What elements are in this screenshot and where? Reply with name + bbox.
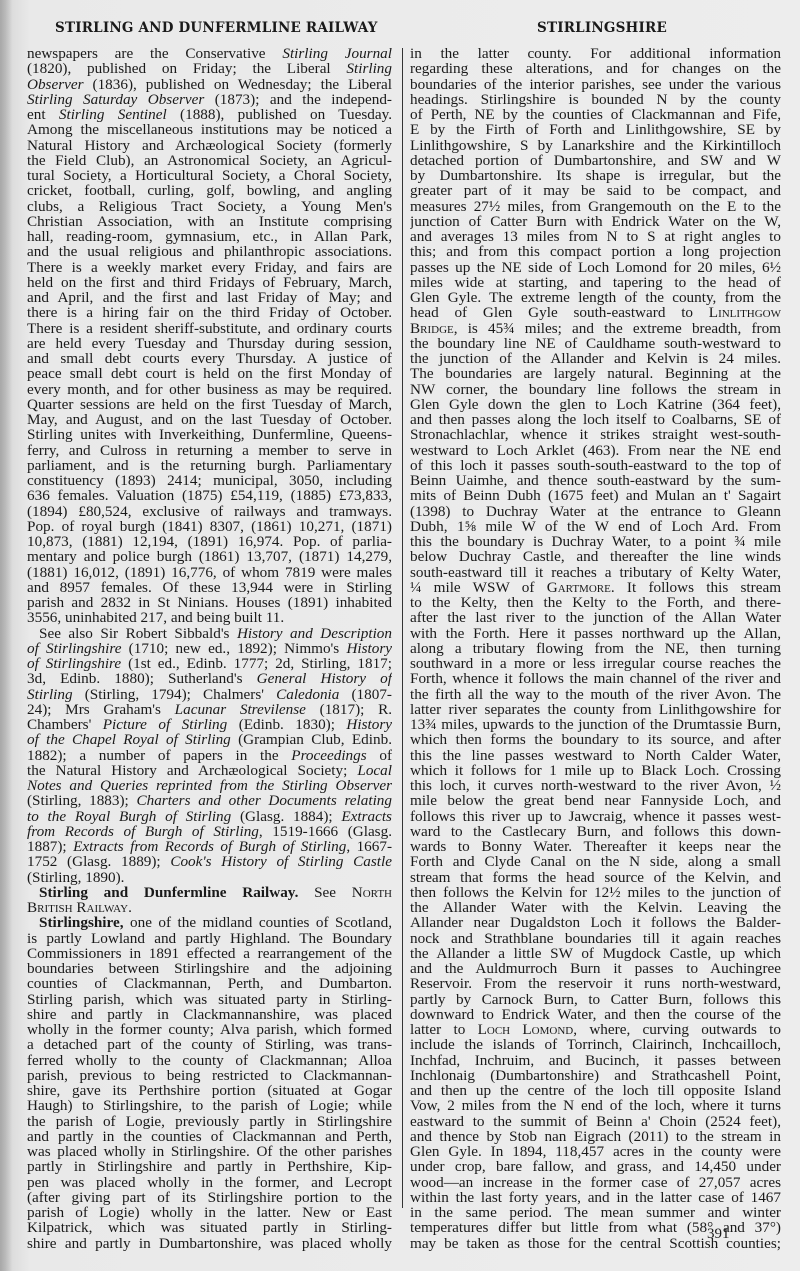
text-line: Vow, 2 miles from the N end of the loch,… [410,1098,781,1113]
text-line: then follows the Kelvin for 12½ miles to… [410,885,781,900]
text-line: 1882); a number of papers in the Proceed… [27,748,392,763]
text-line: this; and from this compact portion a lo… [410,244,781,259]
text-line: every month, and for other business as m… [27,382,392,397]
text-line: along a tributary flowing from the NE, t… [410,641,781,656]
text-line: Haugh) to Stirlingshire, to the parish o… [27,1098,392,1113]
text-line: May, and August, and on the last Tuesday… [27,412,392,427]
text-line: nock and Strathblane boundaries till it … [410,931,781,946]
text-line: British Railway. [27,900,392,915]
right-column-text: in the latter county. For additional inf… [410,46,781,1251]
text-line: which it follows for 1 mile up to Black … [410,763,781,778]
text-line: a detached part of the county of Stirlin… [27,1037,392,1052]
text-line: the Allander Water with the Kelvin. Leav… [410,900,781,915]
text-line: ¼ mile WSW of Gartmore. It follows this … [410,580,781,595]
text-line: 3d, Edinb. 1880); Sutherland's General H… [27,671,392,686]
text-line: tural Society, a Horticultural Society, … [27,168,392,183]
text-line: is partly Lowland and partly Highland. T… [27,931,392,946]
text-line: and April, and the first and last Friday… [27,290,392,305]
text-line: the boundary line NE of Cauldhame south-… [410,336,781,351]
text-line: Stirling unites with Inverkeithing, Dunf… [27,427,392,442]
text-line: regarding these alterations, and for cha… [410,61,781,76]
text-line: and 8957 females. Of these 13,944 were i… [27,580,392,595]
text-line: clubs, a Religious Tract Society, a Youn… [27,199,392,214]
text-line: headings. Stirlingshire is bounded N by … [410,92,781,107]
text-line: are held every Tuesday and Thursday duri… [27,336,392,351]
text-line: which then forms the boundary to its sou… [410,732,781,747]
text-line: 636 females. Valuation (1875) £54,119, (… [27,488,392,503]
text-line: Among the miscellaneous institutions may… [27,122,392,137]
text-line: miles wide at starting, and tapering to … [410,275,781,290]
text-line: Stronachlachlar, whence it strikes strai… [410,427,781,442]
text-line: cricket, football, curling, golf, bowlin… [27,183,392,198]
text-line: Stirling parish, which was situated part… [27,992,392,1007]
text-line: Inchlonaig (Dumbartonshire) and Strathca… [410,1068,781,1083]
text-line: parliament, and is the returning burgh. … [27,458,392,473]
text-line: of Perth, NE by the counties of Clackman… [410,107,781,122]
page-gutter-shadow [0,0,12,1271]
text-line: shire and partly in Clackmannanshire, wa… [27,1007,392,1022]
text-line: wood—an increase in the former case of 2… [410,1175,781,1190]
text-line: junction of Catter Burn with Endrick Wat… [410,214,781,229]
text-line: and small debt courts every Thursday. A … [27,351,392,366]
text-line: Inchfad, Inchruim, and Bucinch, it passe… [410,1053,781,1068]
text-line: follows this river up to Jawcraig, whenc… [410,809,781,824]
text-line: below Duchray Castle, and thereafter the… [410,549,781,564]
text-line: 3556, uninhabited 217, and being built 1… [27,610,392,625]
text-line: eastward to the summit of Beinn a' Choin… [410,1114,781,1129]
text-line: from Records of Burgh of Stirling, 1519-… [27,824,392,839]
text-line: and then passes along the loch itself to… [410,412,781,427]
text-line: measures 27½ miles, from Grangemouth on … [410,199,781,214]
text-line: parish and 2832 in St Ninians. Houses (1… [27,595,392,610]
text-line: include the islands of Torrinch, Clairin… [410,1037,781,1052]
text-line: 1752 (Glasg. 1889); Cook's History of St… [27,854,392,869]
text-line: Glen Gyle down the glen to Loch Katrine … [410,397,781,412]
left-column-text: newspapers are the Conservative Stirling… [27,46,392,1251]
text-line: Stirling and Dunfermline Railway. See No… [27,885,392,900]
text-line: Stirlingshire, one of the midland counti… [27,915,392,930]
column-divider [402,48,403,1208]
text-line: (Stirling, 1890). [27,870,392,885]
text-line: Beinn Uaimhe, and thence south-eastward … [410,473,781,488]
text-line: latter to Loch Lomond, where, curving ou… [410,1022,781,1037]
text-line: with the Forth. Here it passes northward… [410,626,781,641]
text-line: Forth, whence it follows the main channe… [410,671,781,686]
text-line: there is a hiring fair on the third Frid… [27,305,392,320]
text-line: latter river separates the county from L… [410,702,781,717]
text-line: (1894) £80,524, exclusive of railways an… [27,504,392,519]
text-line: this the boundary is Duchray Water, to a… [410,534,781,549]
text-line: There is a weekly market every Friday, a… [27,260,392,275]
text-line: mentary and police burgh (1861) 13,707, … [27,549,392,564]
text-line: in the latter county. For additional inf… [410,46,781,61]
text-line: Notes and Queries reprinted from the Sti… [27,778,392,793]
text-line: 13¾ miles, upwards to the junction of th… [410,717,781,732]
text-line: partly by Carnock Burn, to Catter Burn, … [410,992,781,1007]
text-line: of Stirlingshire (1710; new ed., 1892); … [27,641,392,656]
text-line: constituency (1893) 2414; municipal, 305… [27,473,392,488]
text-line: southward in a more or less irregular co… [410,656,781,671]
text-line: See also Sir Robert Sibbald's History an… [27,626,392,641]
text-line: Kilpatrick, which was situated partly in… [27,1220,392,1235]
text-line: by Dumbartonshire. Its shape is irregula… [410,168,781,183]
text-line: Glen Gyle. The extreme length of the cou… [410,290,781,305]
text-line: Christian Association, with an Institute… [27,214,392,229]
text-line: to the Kelty, then the Kelty to the Fort… [410,595,781,610]
text-line: parish, previous to being restricted to … [27,1068,392,1083]
text-line: NW corner, the boundary line follows the… [410,382,781,397]
text-line: Linlithgowshire, S by Lanarkshire and th… [410,138,781,153]
text-line: ferred wholly to the county of Clackmann… [27,1053,392,1068]
text-line: the junction of the Allander and Kelvin … [410,351,781,366]
text-line: was placed wholly in Stirlingshire. Of t… [27,1144,392,1159]
text-line: and thence by Stob nan Eigrach (2011) to… [410,1129,781,1144]
text-line: There is a resident sheriff-substitute, … [27,321,392,336]
text-line: (1881) 16,012, (1891) 16,776, of whom 78… [27,565,392,580]
text-line: the parish of Logie, previously partly i… [27,1114,392,1129]
text-line: the firth all the way to the mouth of th… [410,687,781,702]
text-line: the Natural History and Archæological So… [27,763,392,778]
text-line: boundaries between Stirlingshire and the… [27,961,392,976]
text-line: held on the first and third Fridays of F… [27,275,392,290]
text-line: counties of Clackmannan, Perth, and Dumb… [27,976,392,991]
text-line: 24); Mrs Graham's Lacunar Strevilense (1… [27,702,392,717]
running-head: STIRLING AND DUNFERMLINE RAILWAY STIRLIN… [0,20,800,40]
text-line: and the usual religious and philanthropi… [27,244,392,259]
text-line: of the Chapel Royal of Stirling (Grampia… [27,732,392,747]
text-line: Allander near Dugaldston Loch it follows… [410,915,781,930]
text-line: to the Royal Burgh of Stirling (Glasg. 1… [27,809,392,824]
text-line: partly in Stirlingshire and partly in Pe… [27,1159,392,1174]
text-line: Dubh, 1⅝ mile W of the W end of Loch Ard… [410,519,781,534]
text-line: Reservoir. From the reservoir it runs no… [410,976,781,991]
text-line: boundaries of the interior parishes, see… [410,77,781,92]
text-line: 1887); Extracts from Records of Burgh of… [27,839,392,854]
text-line: this the line passes westward to North C… [410,748,781,763]
text-line: hall, reading-room, gymnasium, etc., in … [27,229,392,244]
text-line: within the last forty years, and in the … [410,1190,781,1205]
text-line: and partly in the counties of Clackmanna… [27,1129,392,1144]
text-line: wards to Bonny Water. Thereafter it keep… [410,839,781,854]
text-line: Forth and Clyde Canal on the N side, alo… [410,854,781,869]
text-line: detached portion of Dumbartonshire, and … [410,153,781,168]
text-line: Commissioners in 1891 effected a rearran… [27,946,392,961]
text-line: (Stirling, 1883); Charters and other Doc… [27,793,392,808]
text-line: and averages 13 miles from N to S at rig… [410,229,781,244]
text-line: ent Stirling Sentinel (1888), published … [27,107,392,122]
text-line: (after giving part of its Stirlingshire … [27,1190,392,1205]
text-line: 10,873, (1881) 12,194, (1891) 16,974. Po… [27,534,392,549]
text-line: Glen Gyle. In 1894, 118,457 acres in the… [410,1144,781,1159]
text-line: ferry, and Culross in returning a member… [27,443,392,458]
text-line: pen was placed wholly in the former, and… [27,1175,392,1190]
text-line: (1398) to Duchray Water at the entrance … [410,504,781,519]
text-line: the Field Club), an Astronomical Society… [27,153,392,168]
text-line: (1820), published on Friday; the Liberal… [27,61,392,76]
text-line: under crop, bare fallow, and grass, and … [410,1159,781,1174]
text-line: and the Auldmurroch Burn it passes to Au… [410,961,781,976]
text-line: E by the Firth of Forth and Linlithgowsh… [410,122,781,137]
text-line: wholly in the former county; Alva parish… [27,1022,392,1037]
text-line: Observer (1836), published on Wednesday;… [27,77,392,92]
text-line: after the last river to the junction of … [410,610,781,625]
text-line: passes up the NE side of Loch Lomond for… [410,260,781,275]
text-line: downward to Endrick Water, and then the … [410,1007,781,1022]
text-line: greater part of it may be said to be com… [410,183,781,198]
text-line: the Allander a little SW of Mugdock Cast… [410,946,781,961]
text-line: of Stirlingshire (1st ed., Edinb. 1777; … [27,656,392,671]
text-line: south-eastward till it reaches a tributa… [410,565,781,580]
running-head-right: STIRLINGSHIRE [537,20,667,36]
running-head-left: STIRLING AND DUNFERMLINE RAILWAY [55,20,378,36]
text-line: shire and partly in Dumbartonshire, was … [27,1236,392,1251]
text-line: of this loch it passes south-south-eastw… [410,458,781,473]
text-line: Pop. of royal burgh (1841) 8307, (1861) … [27,519,392,534]
text-line: The boundaries are largely natural. Begi… [410,366,781,381]
text-line: peace small debt court is held on the fi… [27,366,392,381]
text-line: Stirling Saturday Observer (1873); and t… [27,92,392,107]
page-number: 391 [707,1226,730,1243]
text-line: mile below the great bend near Fannyside… [410,793,781,808]
text-line: Stirling (Stirling, 1794); Chalmers' Cal… [27,687,392,702]
text-line: stream that forms the head source of the… [410,870,781,885]
text-line: Chambers' Picture of Stirling (Edinb. 18… [27,717,392,732]
text-line: in the same period. The mean summer and … [410,1205,781,1220]
text-line: Bridge, is 45¾ miles; and the extreme br… [410,321,781,336]
text-line: mits of Beinn Dubh (1675 feet) and Mulan… [410,488,781,503]
text-line: newspapers are the Conservative Stirling… [27,46,392,61]
text-line: and then up the centre of the loch till … [410,1083,781,1098]
text-line: shire, gave its Perthshire portion (situ… [27,1083,392,1098]
text-line: this loch, it curves north-westward to t… [410,778,781,793]
text-line: head of Glen Gyle south-eastward to Linl… [410,305,781,320]
text-line: Natural History and Archæological Societ… [27,138,392,153]
text-line: westward to Loch Arklet (463). From near… [410,443,781,458]
text-line: Quarter sessions are held on the first T… [27,397,392,412]
text-line: ward to the Castlecary Burn, and follows… [410,824,781,839]
text-line: parish of Logie) wholly in the latter. N… [27,1205,392,1220]
